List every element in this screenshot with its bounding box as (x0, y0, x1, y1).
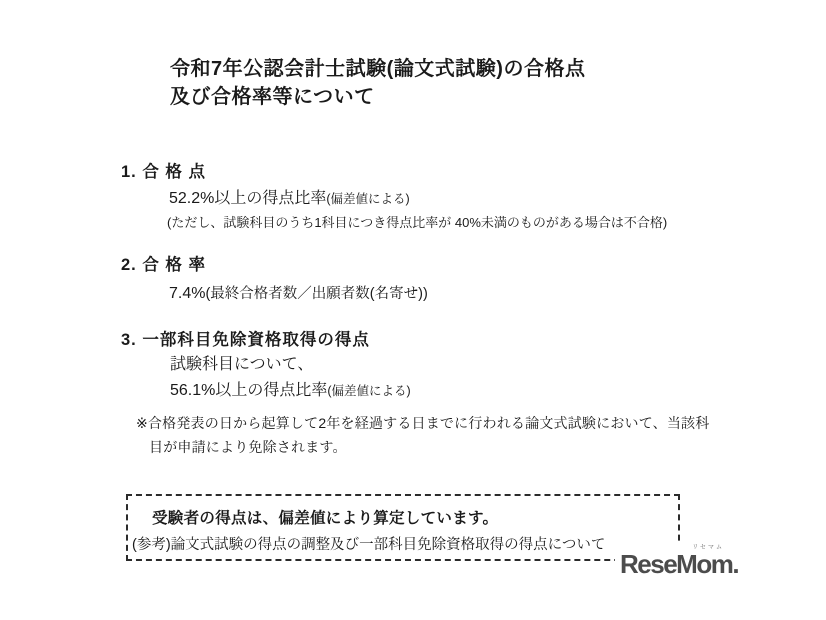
exemption-note-line2: 目が申請により免除されます。 (149, 437, 347, 457)
section3-value: 56.1%以上の得点比率(偏差値による) (170, 377, 411, 400)
section2-heading: 2. 合 格 率 (121, 251, 206, 275)
section2-value-paren: (最終合格者数／出願者数(名寄せ)) (205, 286, 427, 302)
document-page: 令和7年公認会計士試験(論文式試験)の合格点 及び合格率等について 1. 合 格… (0, 0, 826, 620)
section3-heading: 3. 一部科目免除資格取得の得点 (121, 326, 370, 350)
section1-heading: 1. 合 格 点 (121, 158, 206, 182)
section1-condition: (ただし、試験科目のうち1科目につき得点比率が 40%未満のものがある場合は不合… (167, 212, 667, 231)
section3-value-main: 56.1%以上の得点比率 (170, 382, 327, 399)
page-title: 令和7年公認会計士試験(論文式試験)の合格点 及び合格率等について (170, 55, 585, 111)
resemom-logo: リセマム ReseMom. (615, 543, 743, 579)
reference-box-line2: (参考)論文式試験の得点の調整及び一部科目免除資格取得の得点について (132, 533, 605, 554)
reference-box-line1: 受験者の得点は、偏差値により算定しています。 (152, 506, 498, 528)
section3-line1: 試験科目について、 (170, 351, 313, 374)
section2-value-main: 7.4% (169, 285, 205, 302)
section2-value: 7.4%(最終合格者数／出願者数(名寄せ)) (169, 282, 428, 303)
section1-value: 52.2%以上の得点比率(偏差値による) (169, 185, 410, 208)
section1-value-paren: (偏差値による) (326, 192, 409, 206)
page-title-line2: 及び合格率等について (170, 83, 585, 111)
resemom-logo-text: ReseMom. (620, 552, 738, 576)
exemption-note-line1: ※合格発表の日から起算して2年を経過する日までに行われる論文式試験において、当該… (136, 413, 709, 433)
reference-box: 受験者の得点は、偏差値により算定しています。 (参考)論文式試験の得点の調整及び… (126, 494, 680, 561)
page-title-line1: 令和7年公認会計士試験(論文式試験)の合格点 (170, 55, 585, 83)
section3-value-paren: (偏差値による) (327, 384, 410, 398)
section1-value-main: 52.2%以上の得点比率 (169, 190, 326, 207)
